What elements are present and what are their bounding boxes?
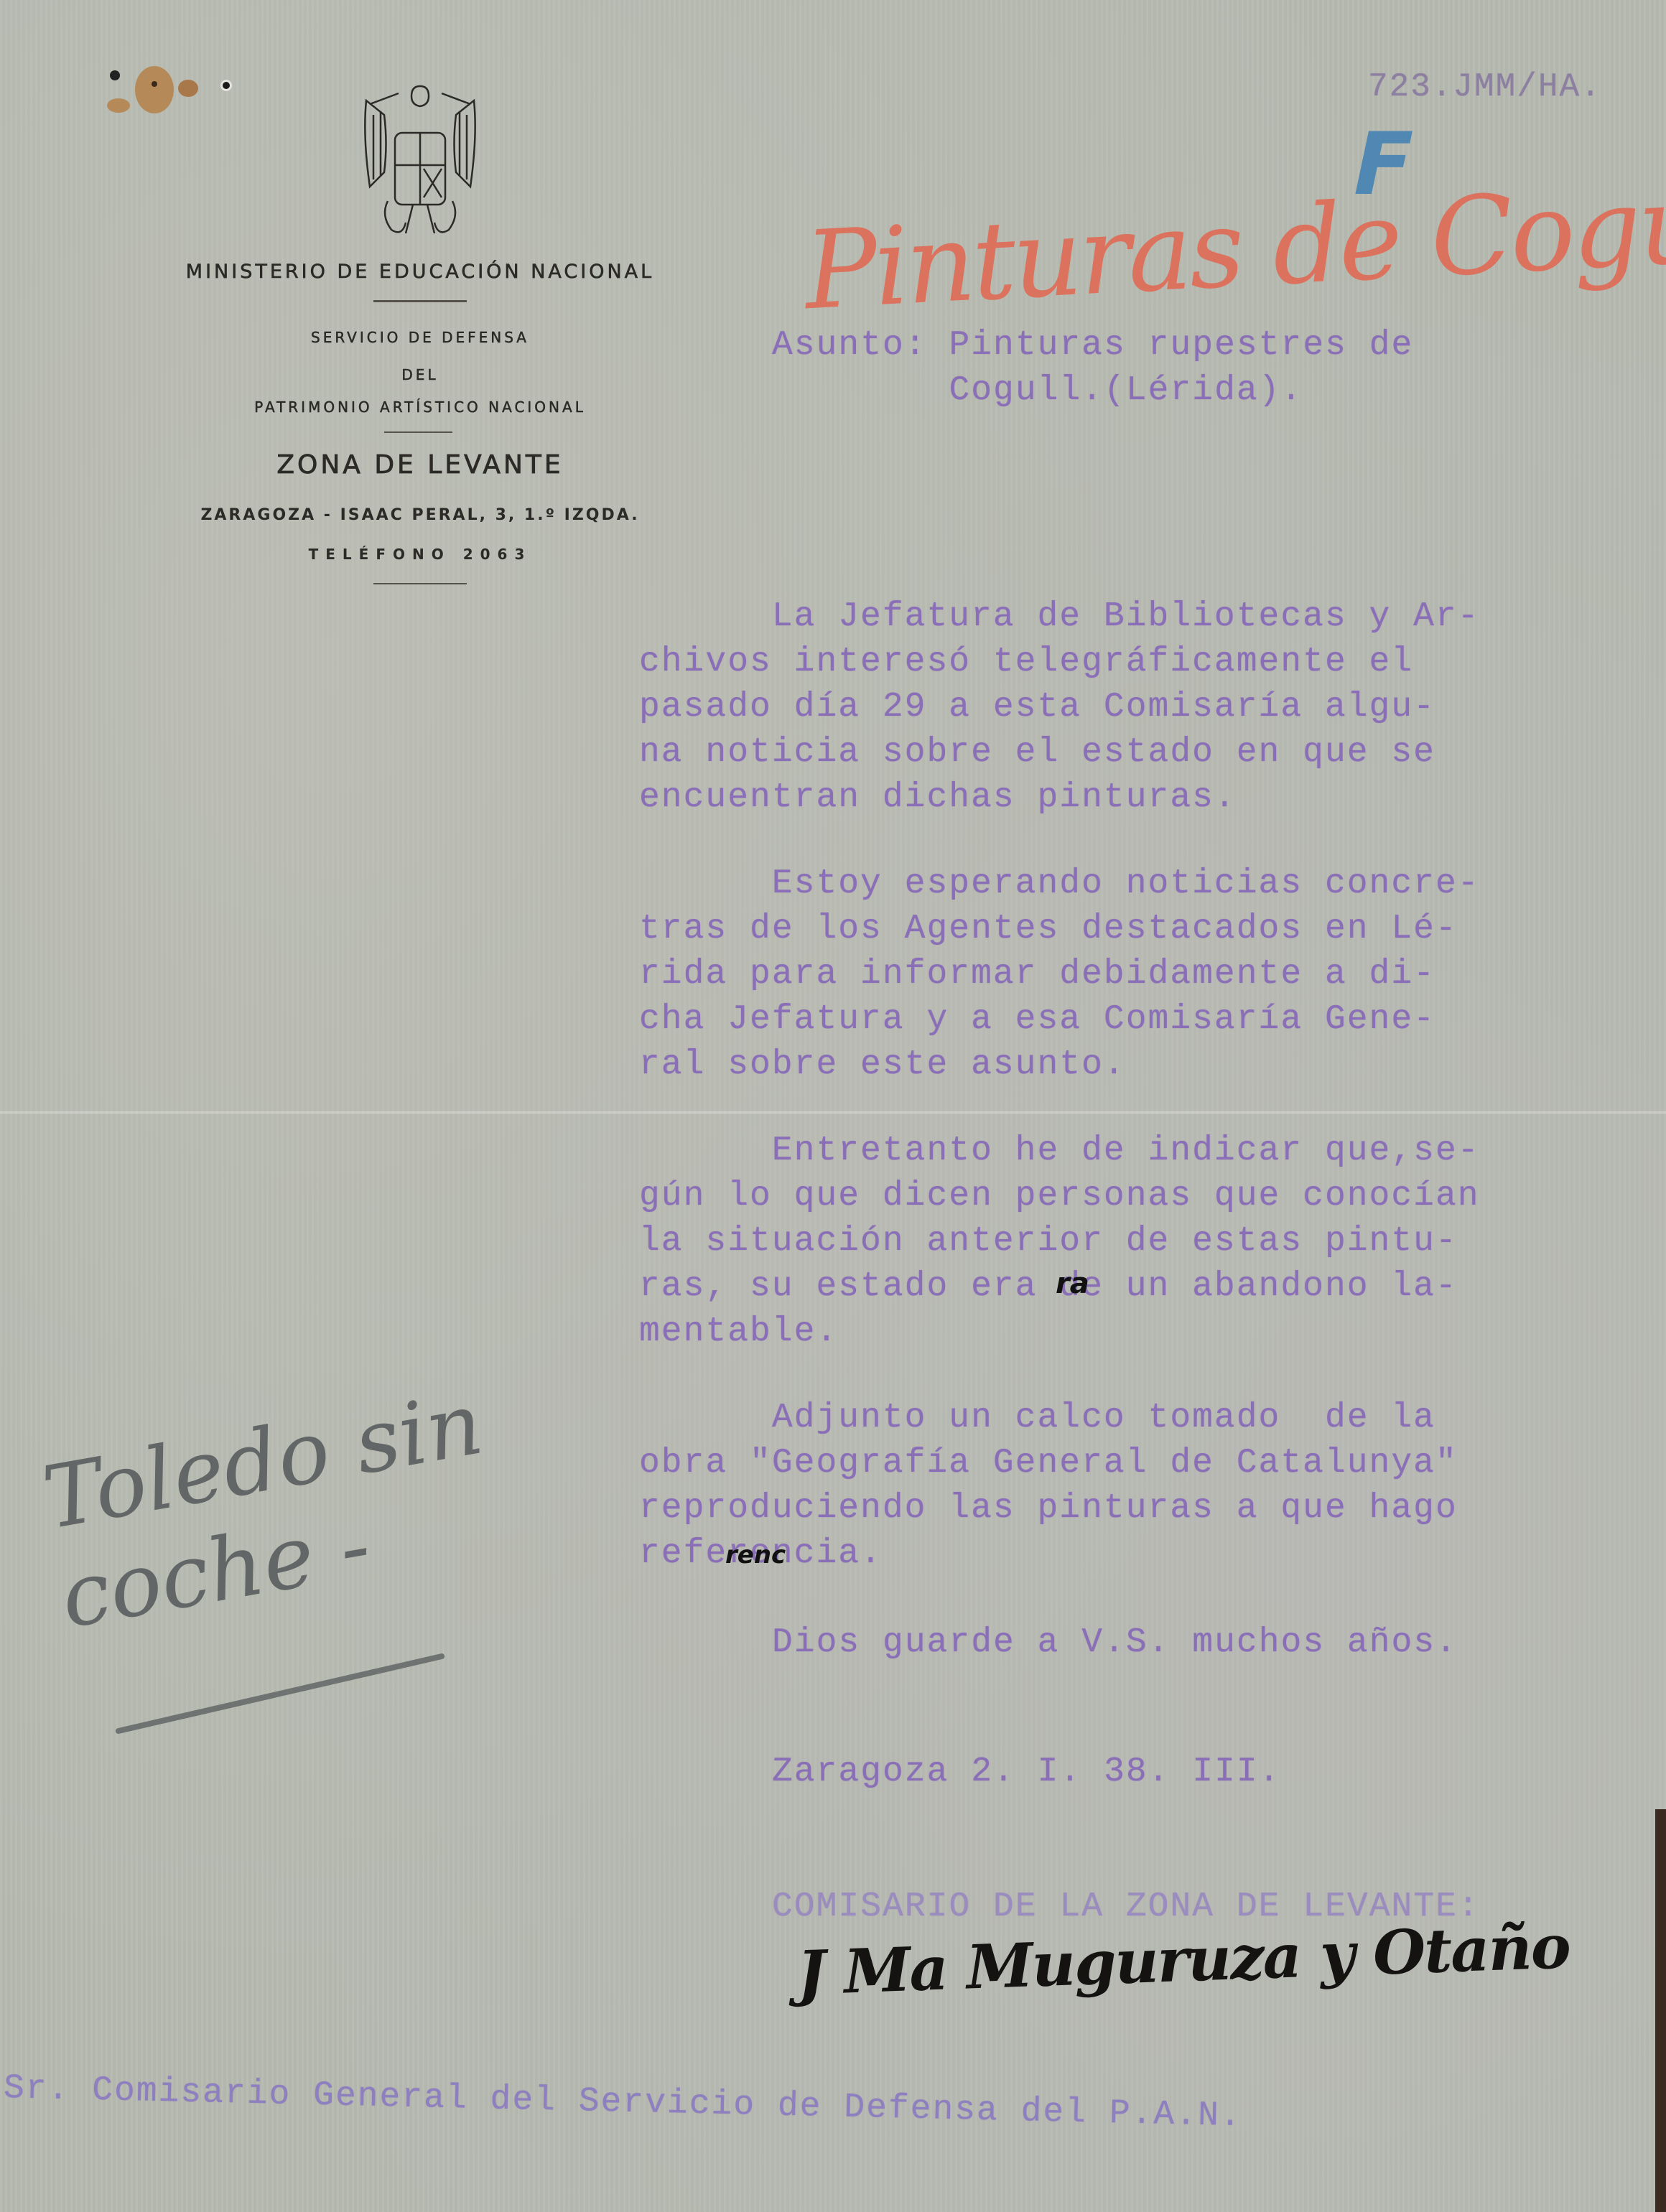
pencil-margin-note: Toledo sin coche - (36, 1374, 507, 1649)
red-pencil-title: Pinturas de Cogull- (801, 157, 1666, 334)
service-line-2: DEL (79, 366, 761, 383)
date-line: Zaragoza 2. I. 38. III. (772, 1750, 1281, 1795)
body-paragraph-3: Entretanto he de indicar que,se- gún lo … (639, 1129, 1480, 1355)
pencil-underline (115, 1653, 445, 1735)
subject-line: Asunto: Pinturas rupestres de Cogull.(Lé… (772, 323, 1413, 414)
letterhead-address: ZARAGOZA - ISAAC PERAL, 3, 1.º IZQDA. (79, 506, 761, 524)
body-paragraph-2: Estoy esperando noticias concre- tras de… (639, 862, 1480, 1088)
addressee-line: Sr. Comisario General del Servicio de De… (3, 2066, 1242, 2139)
paper-fold-line (0, 1111, 1666, 1114)
body-paragraph-1: La Jefatura de Bibliotecas y Ar- chivos … (639, 594, 1480, 821)
divider (373, 300, 467, 302)
paper-edge-shadow (1655, 1809, 1666, 2212)
ornament-divider (373, 583, 467, 584)
ink-correction: ra (1056, 1267, 1089, 1300)
closing-formula: Dios guarde a V.S. muchos años. (772, 1620, 1458, 1666)
letterhead-phone: TELÉFONO 2063 (79, 546, 761, 563)
reference-number: 723.JMM/HA. (1368, 65, 1602, 110)
staple-holes-icon (104, 61, 262, 126)
service-line-3: PATRIMONIO ARTÍSTICO NACIONAL (79, 398, 761, 416)
service-line-1: SERVICIO DE DEFENSA (79, 329, 761, 346)
ministry-name: MINISTERIO DE EDUCACIÓN NACIONAL (79, 261, 761, 283)
coat-of-arms-eagle-icon (352, 72, 488, 244)
ink-correction: renc (725, 1541, 786, 1569)
divider (384, 431, 452, 433)
zone-name: ZONA DE LEVANTE (79, 450, 761, 480)
